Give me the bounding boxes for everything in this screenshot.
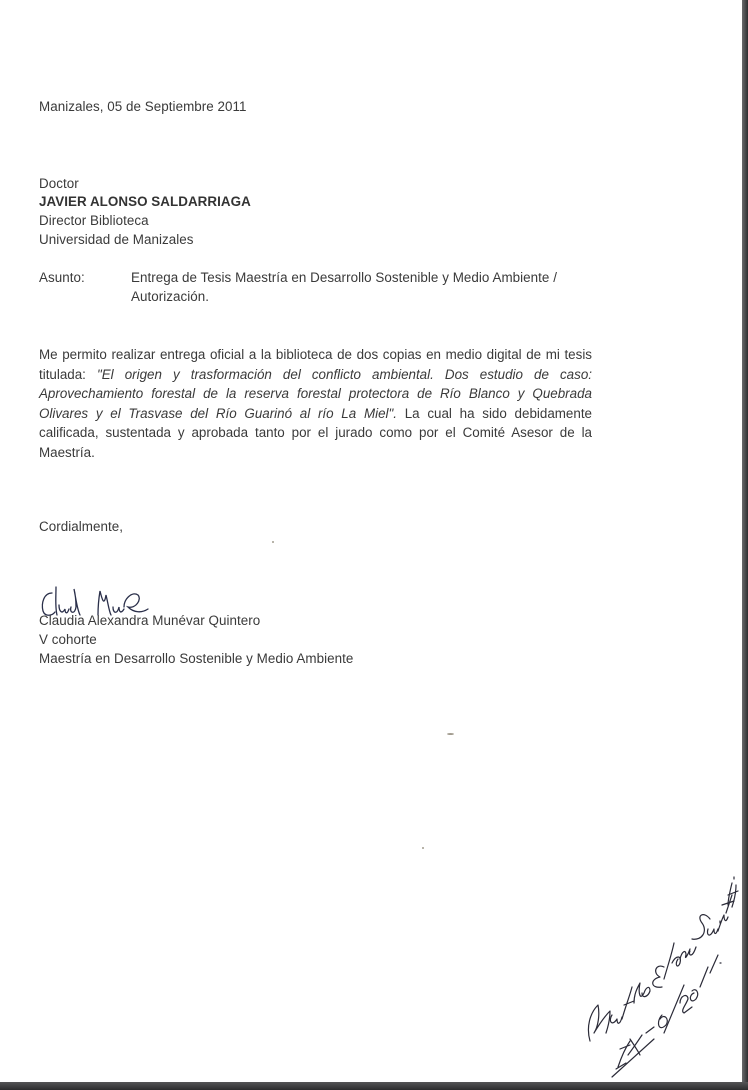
recipient-position: Director Biblioteca xyxy=(39,211,149,230)
place-date: Manizales, 05 de Septiembre 2011 xyxy=(39,97,247,116)
scanned-letter-page: Manizales, 05 de Septiembre 2011 Doctor … xyxy=(0,0,742,1082)
sender-program: Maestría en Desarrollo Sostenible y Medi… xyxy=(39,649,353,668)
scan-speck xyxy=(272,541,274,543)
handwritten-receipt-annotation-icon xyxy=(560,855,740,1080)
scan-border-bottom xyxy=(0,1082,748,1090)
subject-label: Asunto: xyxy=(39,268,85,287)
letter-body: Me permito realizar entrega oficial a la… xyxy=(39,345,592,463)
recipient-institution: Universidad de Manizales xyxy=(39,230,194,249)
scan-speck xyxy=(422,847,424,849)
sender-cohort: V cohorte xyxy=(39,630,97,649)
closing-salutation: Cordialmente, xyxy=(39,517,123,536)
scan-border-right xyxy=(742,0,748,1090)
sender-name: Claudia Alexandra Munévar Quintero xyxy=(39,611,260,630)
recipient-title: Doctor xyxy=(39,174,79,193)
scan-speck xyxy=(447,733,454,735)
recipient-name: JAVIER ALONSO SALDARRIAGA xyxy=(39,192,251,211)
subject-text: Entrega de Tesis Maestría en Desarrollo … xyxy=(131,268,601,306)
